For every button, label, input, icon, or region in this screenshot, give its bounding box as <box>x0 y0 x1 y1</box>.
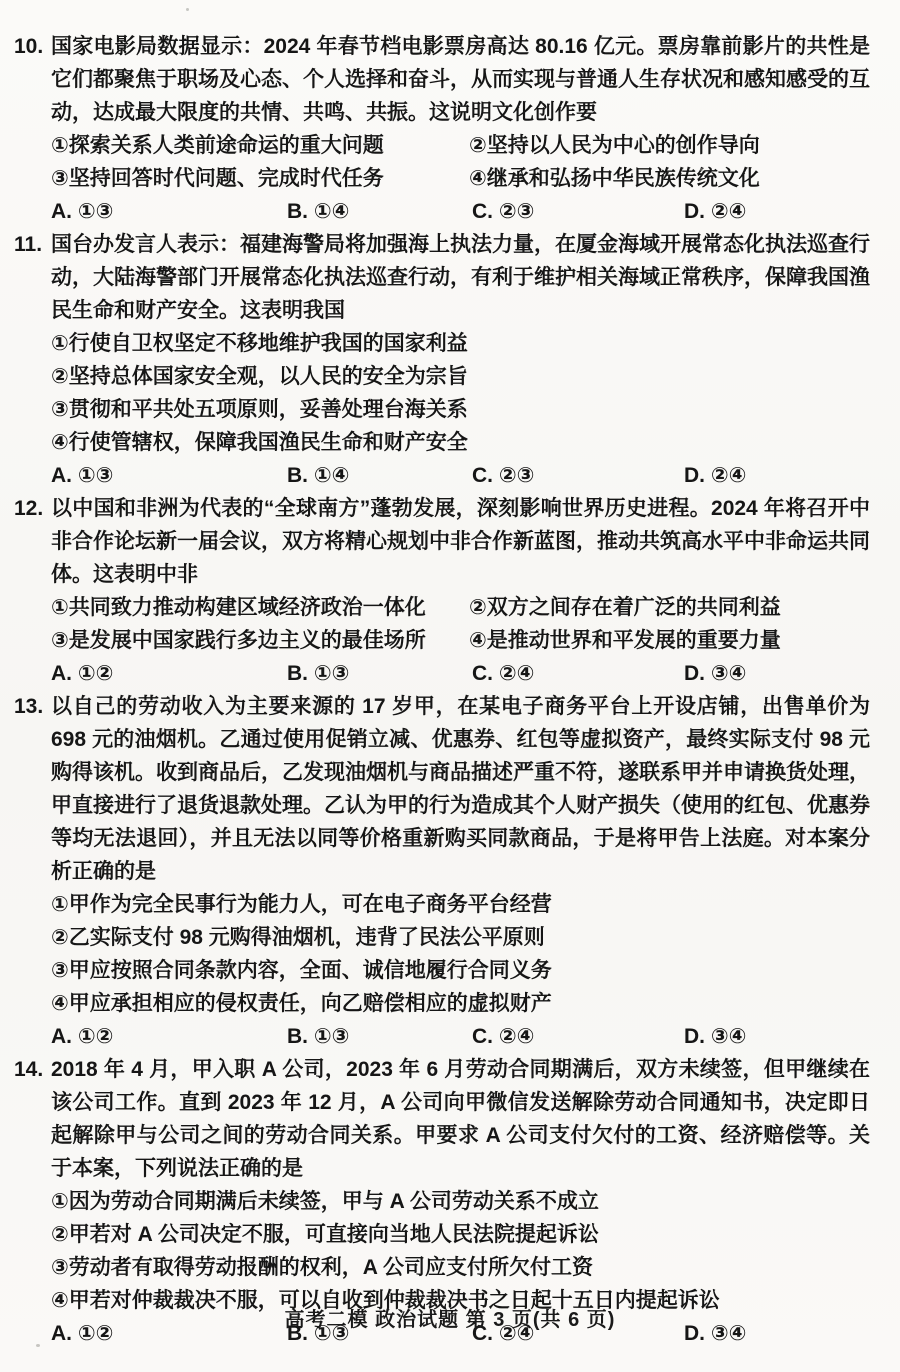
option-item: ②甲若对 A 公司决定不服，可直接向当地人民法院提起诉讼 <box>51 1218 870 1251</box>
option-list: ①共同致力推动构建区域经济政治一体化 ②双方之间存在着广泛的共同利益 ③是发展中… <box>51 591 870 657</box>
exam-page: 10. 国家电影局数据显示：2024 年春节档电影票房高达 80.16 亿元。票… <box>0 0 900 1372</box>
page-footer: 高考二模 政治试题 第 3 页(共 6 页) <box>0 1303 900 1332</box>
question-stem: 以中国和非洲为代表的“全球南方”蓬勃发展，深刻影响世界历史进程。2024 年将召… <box>51 492 870 591</box>
option-item: ④行使管辖权，保障我国渔民生命和财产安全 <box>51 426 870 459</box>
question-stem: 国台办发言人表示：福建海警局将加强海上执法力量，在厦金海域开展常态化执法巡查行动… <box>51 228 870 327</box>
option-item: ④是推动世界和平发展的重要力量 <box>469 624 870 657</box>
question-stem: 国家电影局数据显示：2024 年春节档电影票房高达 80.16 亿元。票房靠前影… <box>51 30 870 129</box>
question-number: 13. <box>14 690 48 723</box>
choice-b: B. ①③ <box>287 657 472 690</box>
option-item: ②乙实际支付 98 元购得油烟机，违背了民法公平原则 <box>51 921 870 954</box>
choice-row: A. ①③ B. ①④ C. ②③ D. ②④ <box>51 459 870 492</box>
choice-d: D. ③④ <box>684 1020 870 1053</box>
choice-d: D. ③④ <box>684 657 870 690</box>
choice-d: D. ②④ <box>684 459 870 492</box>
question-number: 11. <box>14 228 48 261</box>
question-11: 11. 国台办发言人表示：福建海警局将加强海上执法力量，在厦金海域开展常态化执法… <box>14 228 870 492</box>
option-item: ①行使自卫权坚定不移地维护我国的国家利益 <box>51 327 870 360</box>
choice-a: A. ①② <box>51 657 287 690</box>
question-number: 14. <box>14 1053 48 1086</box>
option-item: ①因为劳动合同期满后未续签，甲与 A 公司劳动关系不成立 <box>51 1185 870 1218</box>
option-item: ①共同致力推动构建区域经济政治一体化 <box>51 591 469 624</box>
choice-a: A. ①③ <box>51 459 287 492</box>
question-10: 10. 国家电影局数据显示：2024 年春节档电影票房高达 80.16 亿元。票… <box>14 30 870 228</box>
option-list: ①甲作为完全民事行为能力人，可在电子商务平台经营 ②乙实际支付 98 元购得油烟… <box>51 888 870 1020</box>
choice-b: B. ①④ <box>287 195 472 228</box>
question-number: 12. <box>14 492 48 525</box>
choice-c: C. ②④ <box>472 657 684 690</box>
question-number: 10. <box>14 30 48 63</box>
option-item: ①甲作为完全民事行为能力人，可在电子商务平台经营 <box>51 888 870 921</box>
option-list: ①探索关系人类前途命运的重大问题 ②坚持以人民为中心的创作导向 ③坚持回答时代问… <box>51 129 870 195</box>
choice-a: A. ①② <box>51 1020 287 1053</box>
choice-b: B. ①④ <box>287 459 472 492</box>
option-list: ①因为劳动合同期满后未续签，甲与 A 公司劳动关系不成立 ②甲若对 A 公司决定… <box>51 1185 870 1317</box>
option-item: ④继承和弘扬中华民族传统文化 <box>469 162 870 195</box>
scan-speck <box>186 8 189 11</box>
choice-c: C. ②③ <box>472 195 684 228</box>
option-item: ①探索关系人类前途命运的重大问题 <box>51 129 469 162</box>
question-12: 12. 以中国和非洲为代表的“全球南方”蓬勃发展，深刻影响世界历史进程。2024… <box>14 492 870 690</box>
choice-b: B. ①③ <box>287 1020 472 1053</box>
option-item: ④甲应承担相应的侵权责任，向乙赔偿相应的虚拟财产 <box>51 987 870 1020</box>
choice-row: A. ①③ B. ①④ C. ②③ D. ②④ <box>51 195 870 228</box>
choice-c: C. ②③ <box>472 459 684 492</box>
option-item: ②坚持以人民为中心的创作导向 <box>469 129 870 162</box>
option-item: ③坚持回答时代问题、完成时代任务 <box>51 162 469 195</box>
option-list: ①行使自卫权坚定不移地维护我国的国家利益 ②坚持总体国家安全观，以人民的安全为宗… <box>51 327 870 459</box>
option-item: ③甲应按照合同条款内容，全面、诚信地履行合同义务 <box>51 954 870 987</box>
choice-a: A. ①③ <box>51 195 287 228</box>
scan-speck <box>700 168 703 171</box>
option-item: ③劳动者有取得劳动报酬的权利，A 公司应支付所欠付工资 <box>51 1251 870 1284</box>
question-13: 13. 以自己的劳动收入为主要来源的 17 岁甲，在某电子商务平台上开设店铺，出… <box>14 690 870 1053</box>
question-stem: 以自己的劳动收入为主要来源的 17 岁甲，在某电子商务平台上开设店铺，出售单价为… <box>51 690 870 888</box>
choice-row: A. ①② B. ①③ C. ②④ D. ③④ <box>51 657 870 690</box>
option-item: ③是发展中国家践行多边主义的最佳场所 <box>51 624 469 657</box>
choice-row: A. ①② B. ①③ C. ②④ D. ③④ <box>51 1020 870 1053</box>
scan-speck <box>36 1344 40 1347</box>
option-item: ③贯彻和平共处五项原则，妥善处理台海关系 <box>51 393 870 426</box>
option-item: ②双方之间存在着广泛的共同利益 <box>469 591 870 624</box>
question-stem: 2018 年 4 月，甲入职 A 公司，2023 年 6 月劳动合同期满后，双方… <box>51 1053 870 1185</box>
choice-d: D. ②④ <box>684 195 870 228</box>
option-item: ②坚持总体国家安全观，以人民的安全为宗旨 <box>51 360 870 393</box>
choice-c: C. ②④ <box>472 1020 684 1053</box>
